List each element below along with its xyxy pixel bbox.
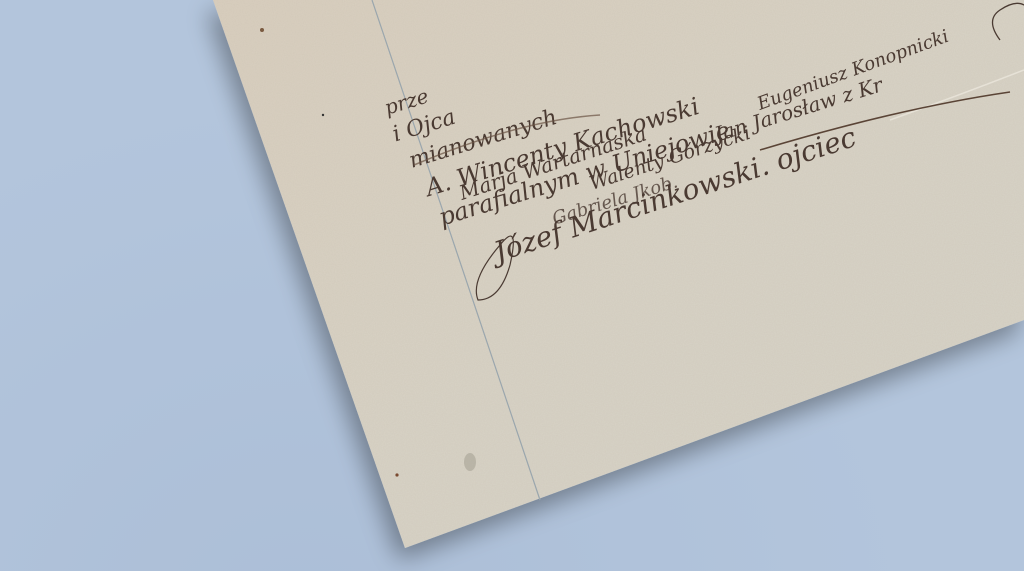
document-page: prze i Ojca mianowanych A. Wincenty Kach… bbox=[0, 0, 1024, 571]
scene: prze i Ojca mianowanych A. Wincenty Kach… bbox=[0, 0, 1024, 571]
